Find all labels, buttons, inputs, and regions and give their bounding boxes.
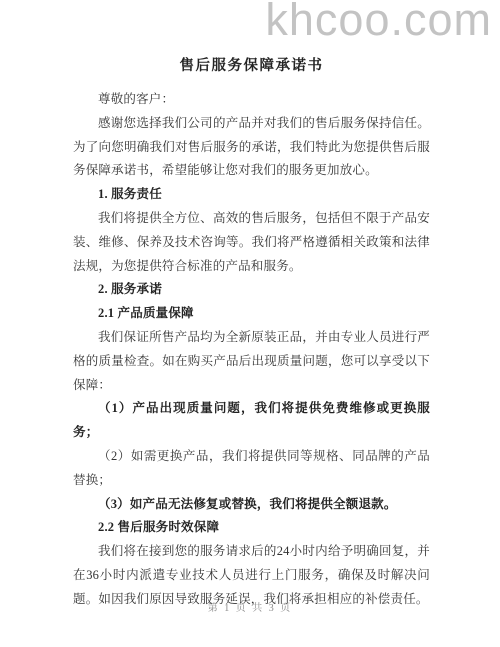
page-number: 第 1 页 共 3 页	[0, 599, 500, 614]
paragraph: 我们保证所售产品均为全新原装正品，并由专业人员进行严格的质量检查。如在购买产品后…	[73, 326, 430, 397]
paragraph: 感谢您选择我们公司的产品并对我们的售后服务保持信任。为了向您明确我们对售后服务的…	[73, 112, 430, 183]
document-title: 售后服务保障承诺书	[73, 53, 430, 79]
salutation: 尊敬的客户：	[73, 88, 430, 112]
list-item: （1）产品出现质量问题，我们将提供免费维修或更换服务；	[73, 397, 430, 445]
list-item: （3）如产品无法修复或替换，我们将提供全额退款。	[73, 493, 430, 517]
section-heading: 2. 服务承诺	[73, 278, 430, 302]
document-page: { "watermark": "khcoo.com", "doc": { "ti…	[0, 0, 500, 647]
list-item: （2）如需更换产品，我们将提供同等规格、同品牌的产品替换；	[73, 445, 430, 493]
document-body: 售后服务保障承诺书 尊敬的客户： 感谢您选择我们公司的产品并对我们的售后服务保持…	[73, 0, 430, 612]
section-heading: 2.2 售后服务时效保障	[73, 516, 430, 540]
paragraph: 我们将提供全方位、高效的售后服务，包括但不限于产品安装、维修、保养及技术咨询等。…	[73, 207, 430, 278]
section-heading: 2.1 产品质量保障	[73, 302, 430, 326]
section-heading: 1. 服务责任	[73, 183, 430, 207]
